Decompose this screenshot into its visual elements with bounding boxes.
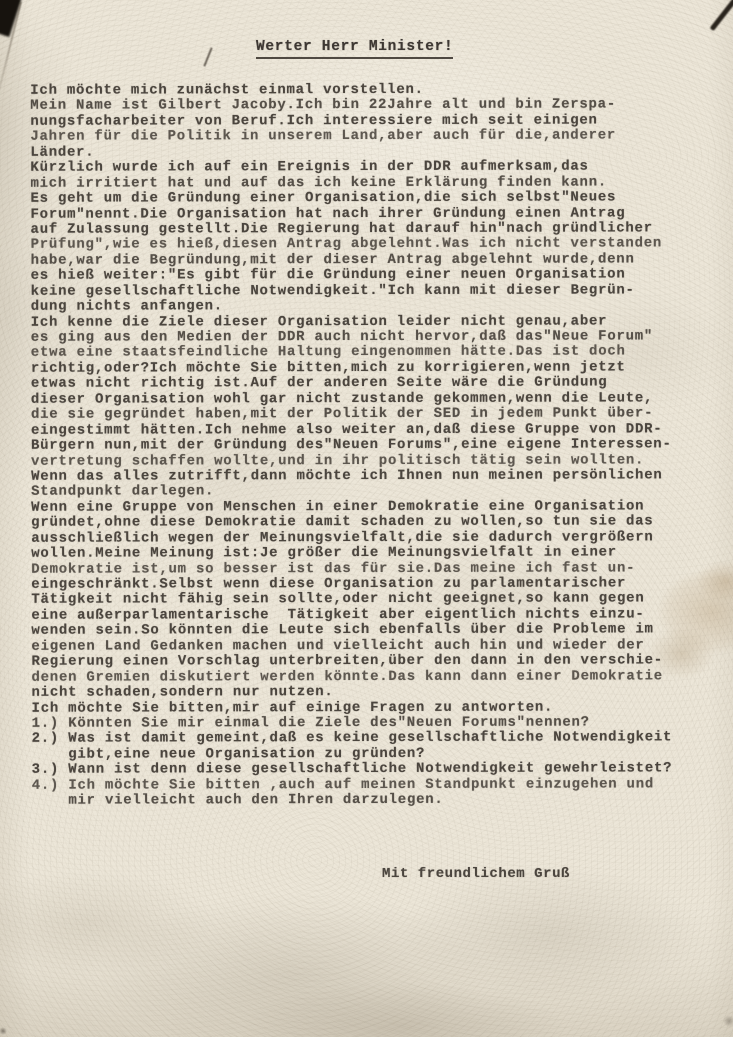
letter-line: Jahren für die Politik in unserem Land,a… xyxy=(30,129,710,146)
letter-line: etwa eine staatsfeindliche Haltung einge… xyxy=(31,345,711,362)
letter-line: 2.) Was ist damit gemeint,daß es keine g… xyxy=(32,731,712,748)
letter-line: Demokratie ist,um so besser ist das für … xyxy=(31,561,711,578)
letter-line: Kürzlich wurde ich auf ein Ereignis in d… xyxy=(30,159,710,176)
letter-line: mich irritiert hat und auf das ich keine… xyxy=(30,175,710,192)
letter-line: Mein Name ist Gilbert Jacoby.Ich bin 22J… xyxy=(30,98,710,115)
letter-line: dung nichts anfangen. xyxy=(31,298,711,315)
letter-body: Ich möchte mich zunächst einmal vorstell… xyxy=(30,82,712,809)
letter-line: eigenen Land Gedanken machen und viellei… xyxy=(31,638,711,655)
letter-salutation: Werter Herr Minister! xyxy=(256,39,453,59)
letter-line: Standpunkt darlegen. xyxy=(31,484,711,501)
letter-line: die sie gegründet haben,mit der Politik … xyxy=(31,406,711,423)
letter-line: vertretung schaffen wollte,und in ihr po… xyxy=(31,453,711,470)
letter-line: nicht schaden,sondern nur nutzen. xyxy=(32,684,712,701)
letter-line: habe,war die Begründung,mit der dieser A… xyxy=(31,252,711,269)
letter-closing: Mit freundlichem Gruß xyxy=(382,866,570,882)
letter-line: keine gesellschaftliche Notwendigkeit."I… xyxy=(31,283,711,300)
letter-line: denen Gremien diskutiert werden könnte.D… xyxy=(31,669,711,686)
scan-artifact-corner-top-right xyxy=(710,0,733,31)
letter-line: 1.) Könnten Sie mir einmal die Ziele des… xyxy=(32,715,712,732)
pen-slash-mark xyxy=(203,47,212,66)
letter-line: mir vielleicht auch den Ihren darzulegen… xyxy=(32,792,712,809)
scanned-letter-page: Werter Herr Minister! Ich möchte mich zu… xyxy=(0,0,733,1037)
